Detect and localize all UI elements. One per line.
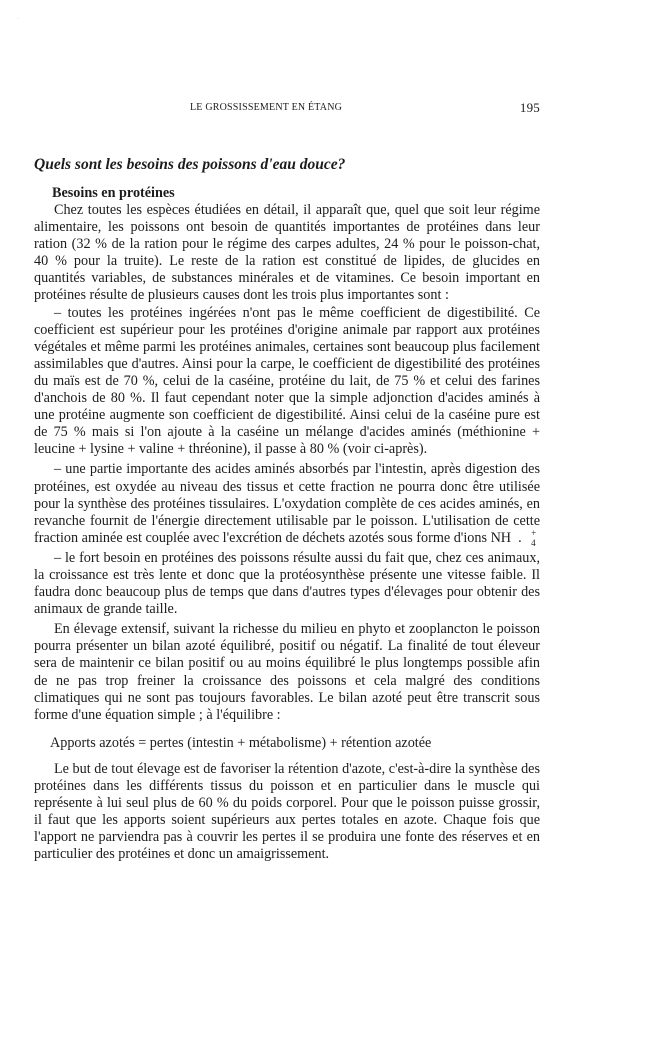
subsection-title: Besoins en protéines [52, 184, 540, 202]
oxidation-text: – une partie importante des acides aminé… [34, 461, 540, 545]
running-header: LE GROSSISSEMENT EN ÉTANG 195 [34, 100, 540, 118]
paragraph-extensive-farming: En élevage extensif, suivant la richesse… [34, 621, 540, 724]
paragraph-intro: Chez toutes les espèces étudiées en déta… [34, 202, 540, 305]
paragraph-nitrogen-retention: Le but de tout élevage est de favoriser … [34, 761, 540, 864]
nitrogen-balance-equation: Apports azotés = pertes (intestin + méta… [50, 735, 540, 752]
body-text: Besoins en protéines Chez toutes les esp… [34, 184, 540, 863]
paragraph-oxidation: – une partie importante des acides aminé… [34, 461, 540, 546]
paragraph-digestibility: – toutes les protéines ingérées n'ont pa… [34, 305, 540, 459]
section-title: Quels sont les besoins des poissons d'ea… [34, 156, 345, 174]
running-title: LE GROSSISSEMENT EN ÉTANG [190, 102, 342, 113]
paragraph-slow-growth: – le fort besoin en protéines des poisso… [34, 550, 540, 618]
ion-subscript: 4 [511, 535, 536, 552]
page-number: 195 [520, 100, 540, 116]
scan-corner-mark: · [17, 16, 19, 22]
ammonium-ion-notation: +4 [511, 530, 518, 546]
